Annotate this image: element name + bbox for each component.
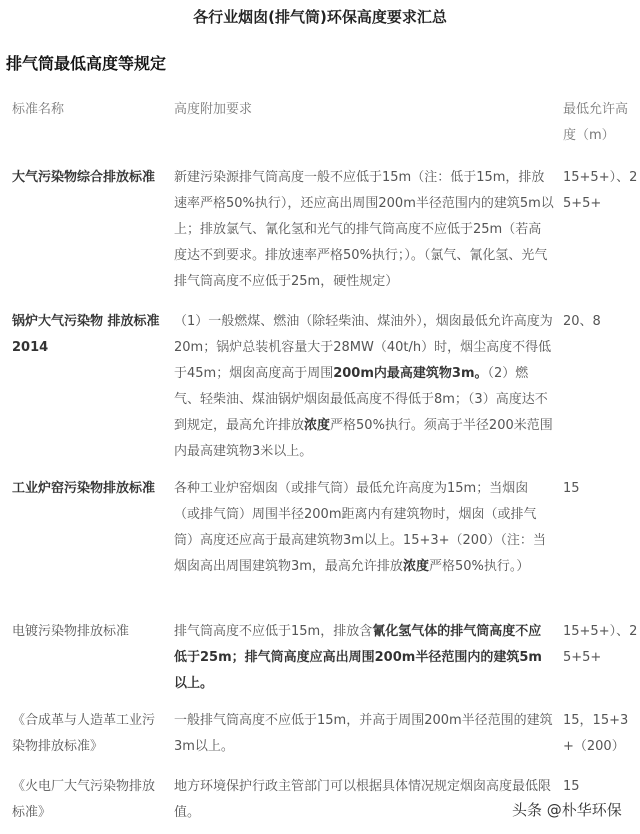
- header-requirement: 高度附加要求: [174, 97, 554, 123]
- min-height-value: 15: [563, 476, 638, 502]
- min-height-value: 15，15+3+（200）: [563, 708, 638, 760]
- standard-name: 工业炉窑污染物排放标准: [12, 476, 162, 502]
- min-height-value: 20、8: [563, 309, 638, 335]
- requirement-text: 一般排气筒高度不应低于15m，并高于周围200m半径范围的建筑3m以上。: [174, 708, 554, 760]
- section-heading: 排气筒最低高度等规定: [6, 51, 166, 74]
- standard-name: 锅炉大气污染物 排放标准2014: [12, 309, 162, 361]
- requirement-text: 地方环境保护行政主管部门可以根据具体情况规定烟囱高度最低限值。: [174, 774, 554, 826]
- requirement-emphasis: 浓度: [403, 559, 429, 574]
- min-height-value: 15+5+）、25+5+: [563, 165, 638, 217]
- standard-name: 《火电厂大气污染物排放标准》: [12, 774, 162, 826]
- standard-name: 电镀污染物排放标准: [12, 619, 162, 645]
- requirement-text: 各种工业炉窑烟囱（或排气筒）最低允许高度为15m；当烟囱（或排气筒）周围半径20…: [174, 476, 554, 580]
- watermark: 头条 @朴华环保: [512, 799, 622, 820]
- standard-name: 大气污染物综合排放标准: [12, 165, 162, 191]
- min-height-value: 15+5+）、25+5+: [563, 619, 638, 671]
- requirement-segment: 排气筒高度不应低于15m，排放含: [174, 624, 372, 639]
- header-min-height: 最低允许高度（m）: [563, 97, 638, 149]
- requirement-emphasis: 200m内最高建筑物3m。: [333, 366, 487, 381]
- requirement-text: 新建污染源排气筒高度一般不应低于15m（注：低于15m，排放速率严格50%执行）…: [174, 165, 554, 295]
- header-standard-name: 标准名称: [12, 97, 162, 123]
- requirement-text: 排气筒高度不应低于15m，排放含氰化氢气体的排气筒高度不应低于25m；排气筒高度…: [174, 619, 554, 697]
- standard-name: 《合成革与人造革工业污染物排放标准》: [12, 708, 162, 760]
- page-title: 各行业烟囱(排气筒)环保高度要求汇总: [0, 6, 640, 27]
- requirement-segment: 严格50%执行。）: [429, 559, 529, 574]
- requirement-emphasis: 浓度: [304, 418, 330, 433]
- min-height-value: 15: [563, 774, 638, 800]
- requirement-text: （1）一般燃煤、燃油（除轻柴油、煤油外），烟囱最低允许高度为20m；锅炉总装机容…: [174, 309, 554, 465]
